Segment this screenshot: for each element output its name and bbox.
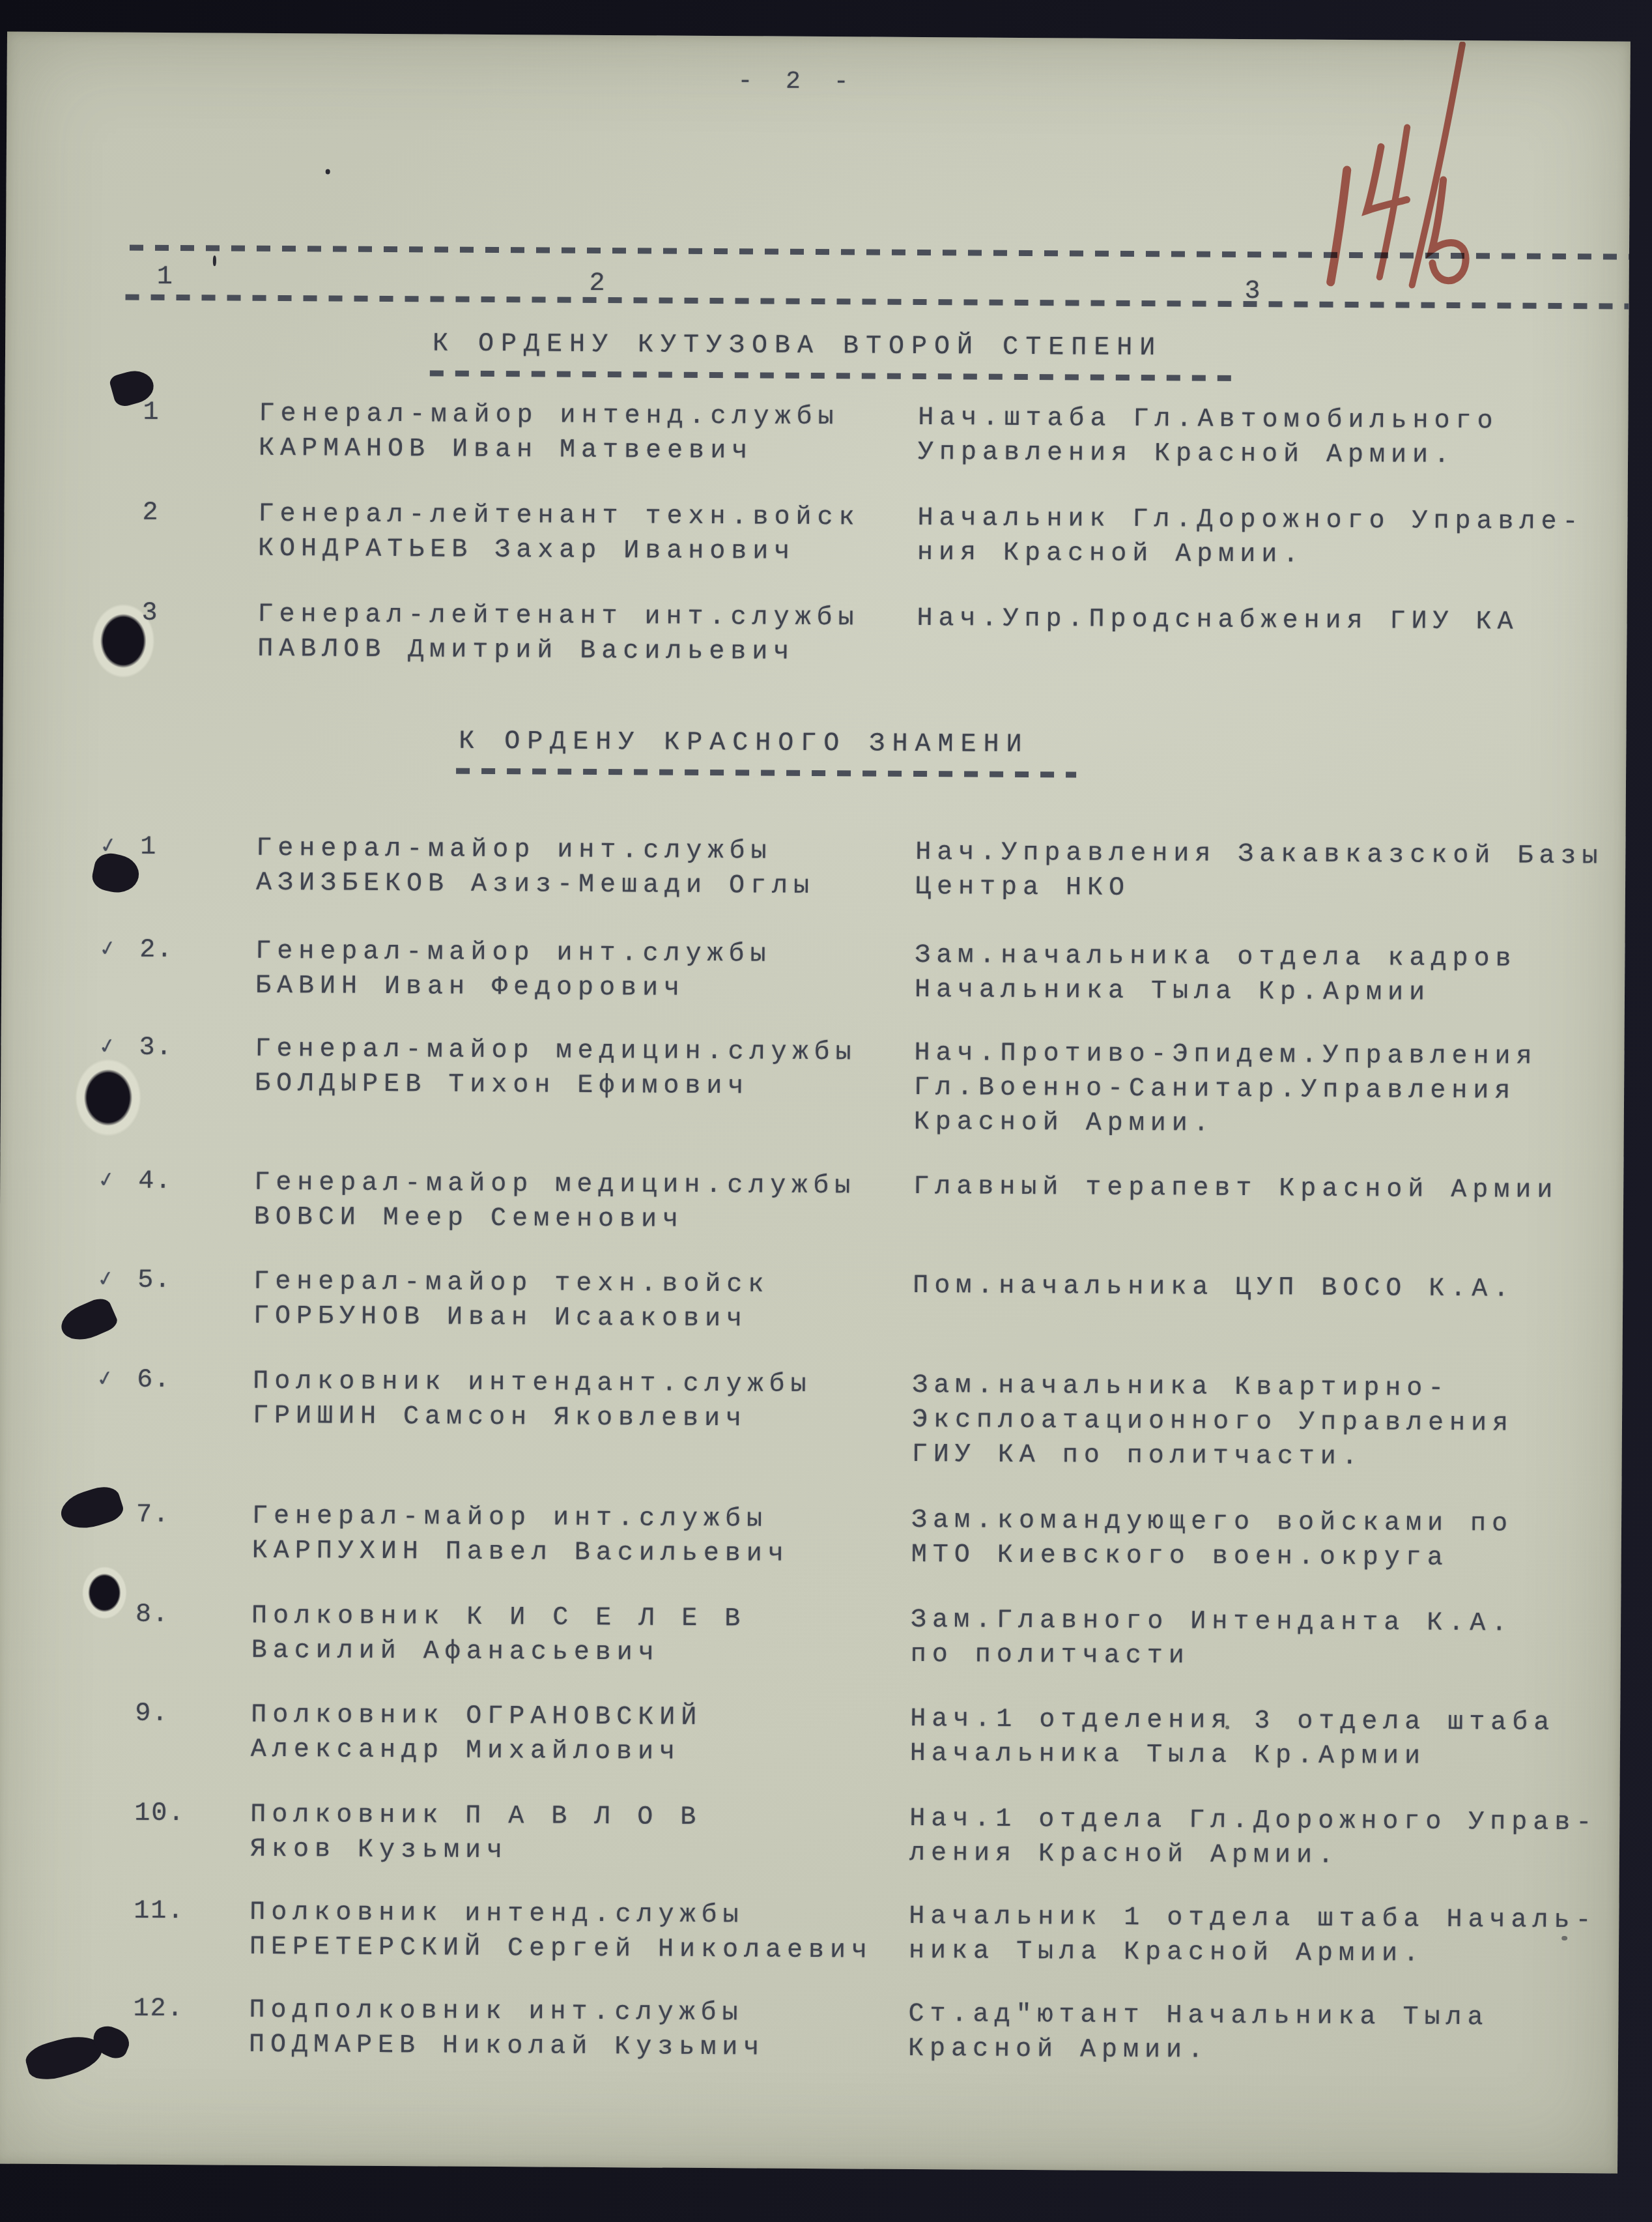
officer-position-line: Нач.Управления Закавказской Базы — [915, 835, 1631, 874]
section-title-underline — [456, 768, 1076, 778]
officer-name: КАРПУХИН Павел Васильевич — [252, 1534, 910, 1572]
punch-hole — [78, 1562, 131, 1623]
checkmark-icon: ✓ — [98, 934, 117, 964]
award-entry: 10.Полковник П А В Л О ВЯков КузьмичНач.… — [0, 1796, 1619, 1806]
section-title-underline — [430, 370, 1231, 381]
officer-name: КОНДРАТЬЕВ Захар Иванович — [258, 532, 916, 570]
officer-position-line: Красной Армии. — [908, 2032, 1631, 2071]
officer-position-block: Главный терапевт Красной Армии — [913, 1170, 1631, 1209]
entry-number: 7. — [136, 1499, 170, 1533]
officer-name: Яков Кузьмич — [250, 1832, 908, 1871]
officer-name: ГОРБУНОВ Иван Исаакович — [253, 1299, 911, 1338]
officer-position-block: Нач.1 отдела Гл.Дорожного Управ-ления Кр… — [909, 1802, 1631, 1875]
officer-rank: Генерал-майор инт.службы — [252, 1499, 910, 1538]
officer-position-line: ника Тыла Красной Армии. — [909, 1934, 1631, 1973]
entry-number: 1 — [143, 396, 160, 430]
officer-position-line: Гл.Военно-Санитар.Управления — [914, 1071, 1631, 1110]
officer-position-block: Нач.штаба Гл.АвтомобильногоУправления Кр… — [918, 401, 1631, 474]
officer-rank-name-block: Генерал-майор инт.службыБАВИН Иван Федор… — [255, 934, 914, 1007]
officer-position-block: Начальник 1 отдела штаба Началь-ника Тыл… — [909, 1899, 1631, 1973]
officer-position-line: Начальника Тыла Кр.Армии — [915, 973, 1631, 1012]
officer-rank-name-block: Генерал-майор медицин.службыВОВСИ Меер С… — [254, 1166, 913, 1239]
entry-number: 3 — [141, 597, 158, 631]
officer-rank-name-block: Генерал-майор медицин.службыБОЛДЫРЕВ Тих… — [255, 1032, 913, 1105]
officer-rank-name-block: Генерал-майор интенд.службыКАРМАНОВ Иван… — [259, 397, 917, 470]
document-page: - 2 - 1 2 3 К ОРДЕНУ КУТУЗОВА ВТОРОЙ СТЕ… — [0, 31, 1631, 2173]
checkmark-icon: ✓ — [97, 1165, 116, 1195]
officer-rank: Полковник интендант.службы — [253, 1364, 911, 1403]
award-entry: ✓6.Полковник интендант.службыГРИШИН Самс… — [0, 1363, 1622, 1372]
section-title-order-of-red-banner: К ОРДЕНУ КРАСНОГО ЗНАМЕНИ — [459, 725, 1029, 762]
officer-rank: Генерал-майор медицин.службы — [255, 1032, 913, 1071]
officer-rank-name-block: Полковник интендант.службыГРИШИН Самсон … — [253, 1364, 911, 1437]
award-entry: 3Генерал-лейтенант инт.службыПАВЛОВ Дмит… — [4, 596, 1627, 605]
entry-number: 8. — [135, 1598, 169, 1632]
officer-position-block: Нач.1 отделения 3 отдела штабаНачальника… — [910, 1702, 1631, 1776]
paper-speck — [213, 255, 216, 266]
officer-name: ВОВСИ Меер Семенович — [254, 1200, 912, 1239]
award-entry: ✓2.Генерал-майор инт.службыБАВИН Иван Фе… — [2, 932, 1625, 942]
officer-position-line: Эксплоатационного Управления — [912, 1403, 1631, 1442]
officer-rank-name-block: Подполковник инт.службыПОДМАРЕВ Николай … — [249, 1993, 907, 2066]
officer-rank-name-block: Генерал-майор техн.войскГОРБУНОВ Иван Ис… — [253, 1265, 912, 1338]
entry-number: 12. — [133, 1993, 184, 2027]
officer-rank: Генерал-майор интенд.службы — [259, 397, 917, 435]
officer-position-line: Зам.командующего войсками по — [911, 1503, 1631, 1542]
officer-rank: Генерал-майор техн.войск — [253, 1265, 911, 1303]
section-title-order-of-kutuzov: К ОРДЕНУ КУТУЗОВА ВТОРОЙ СТЕПЕНИ — [433, 327, 1162, 366]
entry-number: 2. — [139, 934, 173, 968]
officer-rank-name-block: Генерал-лейтенант техн.войскКОНДРАТЬЕВ З… — [258, 497, 917, 570]
award-entry: 12.Подполковник инт.службыПОДМАРЕВ Никол… — [0, 1991, 1619, 2001]
officer-position-block: Начальник Гл.Дорожного Управле-ния Красн… — [917, 501, 1631, 575]
officer-position-block: Зам.начальника отдела кадровНачальника Т… — [915, 938, 1631, 1012]
officer-position-block: Нач.Упр.Продснабжения ГИУ КА — [917, 601, 1631, 641]
officer-position-line: ГИУ КА по политчасти. — [912, 1437, 1631, 1477]
officer-rank-name-block: Генерал-майор инт.службыАЗИЗБЕКОВ Азиз-М… — [256, 831, 915, 904]
officer-position-line: МТО Киевского воен.округа — [911, 1538, 1631, 1577]
award-entry: 11.Полковник интенд.службыПЕРЕТЕРСКИЙ Се… — [0, 1894, 1619, 1903]
entry-number: 2 — [142, 497, 159, 530]
officer-rank: Генерал-лейтенант техн.войск — [258, 497, 916, 536]
ink-smear — [57, 1482, 126, 1535]
officer-rank: Полковник К И С Е Л Е В — [251, 1599, 909, 1638]
award-entry: 8.Полковник К И С Е Л Е ВВасилий Афанась… — [0, 1597, 1621, 1607]
award-entry: 2Генерал-лейтенант техн.войскКОНДРАТЬЕВ … — [5, 495, 1628, 505]
officer-name: КАРМАНОВ Иван Матвеевич — [259, 431, 917, 470]
officer-name: ПОДМАРЕВ Николай Кузьмич — [249, 2028, 907, 2066]
officer-name: БАВИН Иван Федорович — [255, 969, 913, 1007]
officer-position-block: Зам.начальника Квартирно-Эксплоатационно… — [912, 1368, 1631, 1477]
entry-number: 5. — [137, 1264, 171, 1298]
column-header-2: 2 — [590, 267, 606, 301]
entry-number: 11. — [134, 1895, 184, 1929]
officer-position-line: Нач.1 отделения 3 отдела штаба — [910, 1702, 1631, 1741]
officer-name: Александр Михайлович — [251, 1733, 909, 1771]
officer-position-line: Пом.начальника ЦУП ВОСО К.А. — [913, 1269, 1631, 1308]
officer-position-block: Зам.командующего войсками поМТО Киевског… — [911, 1503, 1631, 1577]
handwritten-archive-number: 145 — [1277, 40, 1498, 291]
page-number: - 2 - — [737, 65, 857, 99]
officer-position-line: ления Красной Армии. — [909, 1836, 1631, 1875]
officer-name: Василий Афанасьевич — [251, 1634, 909, 1672]
officer-position-line: Начальника Тыла Кр.Армии — [910, 1737, 1631, 1776]
officer-name: АЗИЗБЕКОВ Азиз-Мешади Оглы — [256, 866, 914, 904]
entry-number: 1 — [140, 831, 157, 865]
officer-position-line: Зам.начальника отдела кадров — [915, 938, 1631, 977]
award-entry: 1Генерал-майор интенд.службыКАРМАНОВ Ива… — [5, 395, 1629, 405]
officer-position-line: Нач.1 отдела Гл.Дорожного Управ- — [909, 1802, 1631, 1841]
scanned-document: - 2 - 1 2 3 К ОРДЕНУ КУТУЗОВА ВТОРОЙ СТЕ… — [0, 0, 1652, 2222]
entry-number: 9. — [135, 1697, 169, 1731]
officer-position-line: Зам.Главного Интенданта К.А. — [911, 1603, 1631, 1642]
officer-position-line: по политчасти — [911, 1638, 1631, 1677]
table-header-dashed-line-bottom — [126, 295, 1629, 310]
officer-name: ПЕРЕТЕРСКИЙ Сергей Николаевич — [249, 1930, 907, 1969]
officer-position-line: Нач.Упр.Продснабжения ГИУ КА — [917, 601, 1631, 641]
officer-rank: Генерал-майор медицин.службы — [254, 1166, 912, 1204]
officer-position-line: Управления Красной Армии. — [918, 435, 1631, 474]
officer-position-line: Красной Армии. — [914, 1105, 1631, 1144]
officer-rank: Генерал-майор инт.службы — [255, 934, 913, 973]
officer-rank: Полковник П А В Л О В — [250, 1798, 908, 1836]
officer-position-line: Начальник Гл.Дорожного Управле- — [917, 501, 1631, 540]
award-entry: ✓1Генерал-майор инт.службыАЗИЗБЕКОВ Азиз… — [3, 830, 1626, 839]
punch-hole — [70, 1052, 147, 1143]
officer-rank-name-block: Генерал-лейтенант инт.службыПАВЛОВ Дмитр… — [257, 598, 916, 671]
officer-position-block: Зам.Главного Интенданта К.А.по политчаст… — [911, 1603, 1631, 1677]
officer-rank: Генерал-майор инт.службы — [256, 831, 914, 870]
officer-position-line: Зам.начальника Квартирно- — [912, 1368, 1631, 1407]
officer-rank: Генерал-лейтенант инт.службы — [257, 598, 915, 636]
checkmark-icon: ✓ — [96, 1264, 115, 1294]
officer-rank-name-block: Полковник П А В Л О ВЯков Кузьмич — [250, 1798, 909, 1871]
officer-rank: Подполковник инт.службы — [249, 1993, 907, 2032]
officer-position-line: Центра НКО — [915, 870, 1631, 909]
red-pencil-strokes — [1277, 40, 1498, 291]
officer-position-line: Ст.ад"ютант Начальника Тыла — [908, 1997, 1631, 2036]
officer-position-line: Нач.штаба Гл.Автомобильного — [918, 401, 1631, 440]
officer-name: ГРИШИН Самсон Яковлевич — [253, 1399, 911, 1437]
officer-rank: Полковник ОГРАНОВСКИЙ — [251, 1698, 909, 1737]
officer-name: ПАВЛОВ Дмитрий Васильевич — [257, 632, 915, 671]
award-entry: ✓3.Генерал-майор медицин.службыБОЛДЫРЕВ … — [1, 1030, 1625, 1040]
officer-position-line: Нач.Противо-Эпидем.Управления — [914, 1036, 1631, 1075]
officer-position-line: Главный терапевт Красной Армии — [913, 1170, 1631, 1209]
checkmark-icon: ✓ — [96, 1364, 115, 1394]
ink-smear — [56, 1295, 120, 1348]
officer-rank-name-block: Полковник интенд.службыПЕРЕТЕРСКИЙ Серге… — [249, 1896, 908, 1969]
officer-position-line: ния Красной Армии. — [917, 536, 1631, 575]
officer-rank-name-block: Генерал-майор инт.службыКАРПУХИН Павел В… — [252, 1499, 911, 1572]
officer-rank: Полковник интенд.службы — [249, 1896, 907, 1934]
entry-number: 3. — [139, 1032, 173, 1065]
award-entry: 7.Генерал-майор инт.службыКАРПУХИН Павел… — [0, 1497, 1621, 1507]
entry-number: 4. — [138, 1165, 172, 1199]
officer-rank-name-block: Полковник К И С Е Л Е ВВасилий Афанасьев… — [251, 1599, 910, 1672]
entry-number: 10. — [134, 1797, 185, 1831]
officer-position-block: Ст.ад"ютант Начальника ТылаКрасной Армии… — [908, 1997, 1631, 2071]
entry-number: 6. — [137, 1364, 171, 1398]
officer-position-block: Нач.Противо-Эпидем.УправленияГл.Военно-С… — [914, 1036, 1631, 1144]
officer-rank-name-block: Полковник ОГРАНОВСКИЙАлександр Михайлови… — [251, 1698, 909, 1771]
column-header-1: 1 — [157, 261, 174, 295]
officer-position-block: Пом.начальника ЦУП ВОСО К.А. — [913, 1269, 1631, 1308]
award-entry: 9.Полковник ОГРАНОВСКИЙАлександр Михайло… — [0, 1696, 1620, 1706]
officer-position-line: Начальник 1 отдела штаба Началь- — [909, 1899, 1631, 1939]
paper-speck — [326, 169, 330, 174]
award-entry: ✓5.Генерал-майор техн.войскГОРБУНОВ Иван… — [0, 1263, 1623, 1273]
officer-position-block: Нач.Управления Закавказской БазыЦентра Н… — [915, 835, 1631, 909]
officer-name: БОЛДЫРЕВ Тихон Ефимович — [255, 1067, 913, 1105]
award-entry: ✓4.Генерал-майор медицин.службыВОВСИ Мее… — [0, 1164, 1623, 1174]
